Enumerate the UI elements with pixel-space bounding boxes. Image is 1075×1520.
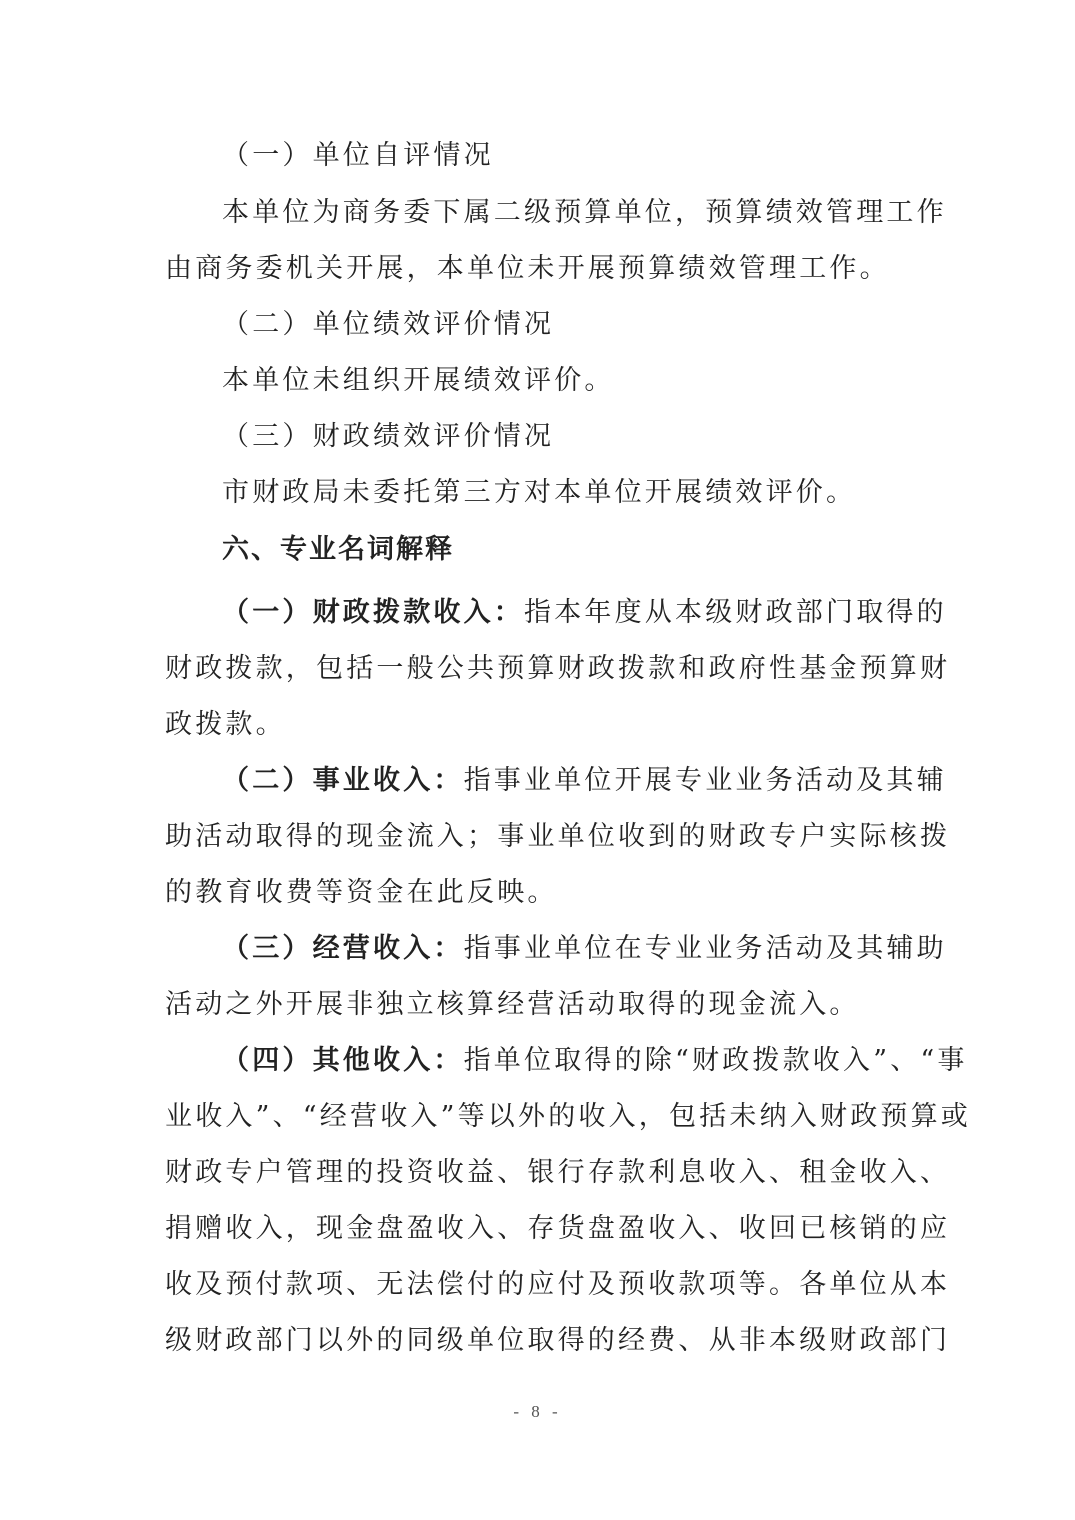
page-number: - 8 - (0, 1402, 1075, 1422)
term-text: 指事业单位开展专业业务活动及其辅 (464, 765, 947, 796)
paragraph-line: 助活动取得的现金流入；事业单位收到的财政专户实际核拨 (165, 809, 950, 865)
paragraph-line: 级财政部门以外的同级单位取得的经费、从非本级财政部门 (165, 1313, 950, 1369)
paragraph-line: 政拨款。 (165, 697, 286, 753)
paragraph-line: 捐赠收入，现金盘盈收入、存货盘盈收入、收回已核销的应 (165, 1201, 950, 1257)
term-definition-fiscal-appropriation: （一）财政拨款收入：指本年度从本级财政部门取得的 (222, 585, 947, 641)
paragraph-line: 财政专户管理的投资收益、银行存款利息收入、租金收入、 (165, 1145, 950, 1201)
term-text: 指本年度从本级财政部门取得的 (524, 597, 947, 628)
paragraph-line: 财政拨款，包括一般公共预算财政拨款和政府性基金预算财 (165, 641, 950, 697)
paragraph-line: 收及预付款项、无法偿付的应付及预收款项等。各单位从本 (165, 1257, 950, 1313)
paragraph-line: 本单位未组织开展绩效评价。 (222, 353, 615, 409)
term-label: （一）财政拨款收入： (222, 597, 524, 628)
paragraph-line: 活动之外开展非独立核算经营活动取得的现金流入。 (165, 977, 860, 1033)
term-definition-other-income: （四）其他收入：指单位取得的除“财政拨款收入”、“事 (222, 1033, 968, 1089)
term-label: （三）经营收入： (222, 933, 464, 964)
chapter-heading-glossary: 六、专业名词解释 (222, 522, 454, 578)
paragraph-line: 业收入”、“经营收入”等以外的收入，包括未纳入财政预算或 (165, 1089, 971, 1145)
term-label: （四）其他收入： (222, 1045, 464, 1076)
term-text: 指单位取得的除“财政拨款收入”、“事 (464, 1045, 968, 1076)
term-label: （二）事业收入： (222, 765, 464, 796)
term-definition-operating-income: （三）经营收入：指事业单位在专业业务活动及其辅助 (222, 921, 947, 977)
paragraph-line: 由商务委机关开展，本单位未开展预算绩效管理工作。 (165, 241, 890, 297)
paragraph-line: 市财政局未委托第三方对本单位开展绩效评价。 (222, 465, 856, 521)
section-heading-fiscal-performance: （三）财政绩效评价情况 (222, 409, 554, 465)
paragraph-line: 本单位为商务委下属二级预算单位，预算绩效管理工作 (222, 185, 947, 241)
document-page: （一）单位自评情况 本单位为商务委下属二级预算单位，预算绩效管理工作 由商务委机… (0, 0, 1075, 1520)
paragraph-line: 的教育收费等资金在此反映。 (165, 865, 558, 921)
section-heading-self-evaluation: （一）单位自评情况 (222, 128, 494, 184)
section-heading-unit-performance: （二）单位绩效评价情况 (222, 297, 554, 353)
term-text: 指事业单位在专业业务活动及其辅助 (464, 933, 947, 964)
term-definition-business-income: （二）事业收入：指事业单位开展专业业务活动及其辅 (222, 753, 947, 809)
